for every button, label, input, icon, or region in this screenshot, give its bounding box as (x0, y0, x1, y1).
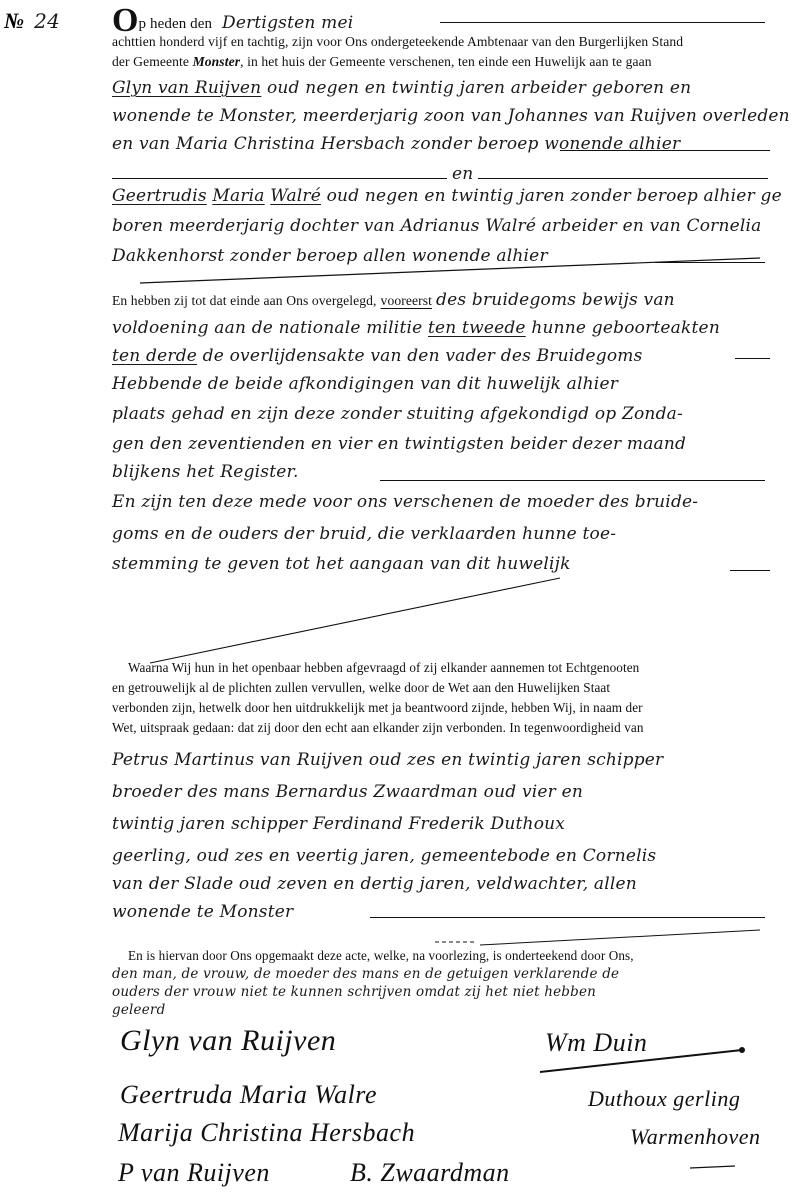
cancellation-strokes (0, 0, 800, 1200)
signature-flourish (690, 1166, 735, 1168)
signature-underline (540, 1050, 742, 1072)
cancel-line-bottom (480, 930, 760, 945)
signature-dot (739, 1047, 745, 1053)
cancel-line-middle (150, 578, 560, 663)
cancel-line-top (140, 258, 760, 283)
